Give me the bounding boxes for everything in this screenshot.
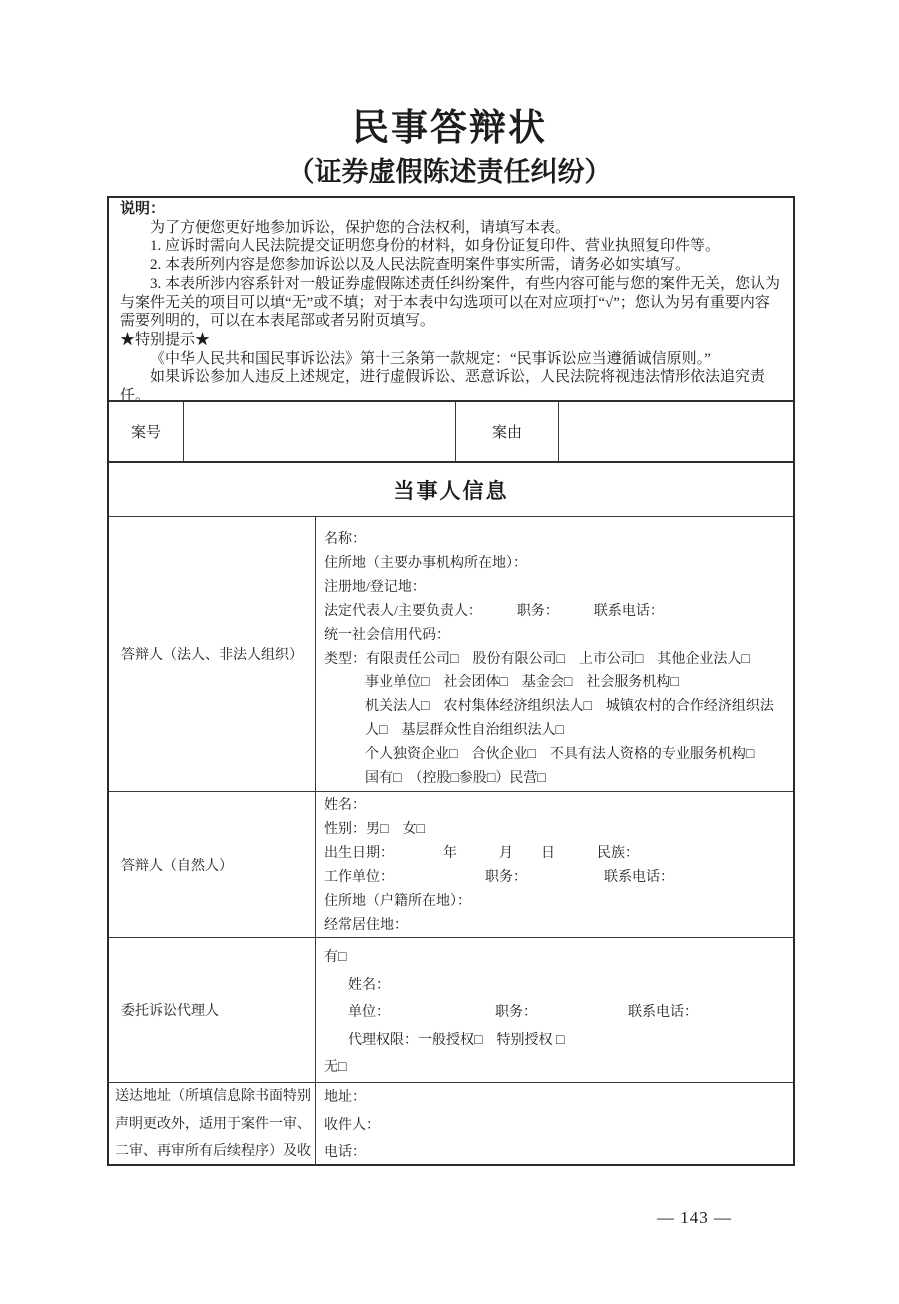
field-line: 收件人：	[324, 1112, 789, 1140]
instruction-paragraph: 1. 应诉时需向人民法院提交证明您身份的材料，如身份证复印件、营业执照复印件等。	[120, 237, 784, 256]
field-line: 电话：	[324, 1139, 789, 1166]
respondent-entity-label: 答辩人（法人、非法人组织）	[109, 517, 315, 791]
field-line: 姓名：	[324, 794, 789, 818]
field-line: 性别：男□ 女□	[324, 818, 789, 842]
page-number: — 143 —	[657, 1208, 732, 1228]
party-info-header: 当事人信息	[109, 461, 793, 516]
field-line: 住所地（户籍所在地）：	[324, 890, 789, 914]
field-line: 统一社会信用代码：	[324, 624, 789, 648]
instructions-heading: 说明：	[120, 200, 784, 219]
delivery-address-label: 送达地址（所填信息除书面特别 声明更改外，适用于案件一审、 二审、再审所有后续程…	[109, 1083, 315, 1166]
special-notice-paragraph: 《中华人民共和国民事诉讼法》第十三条第一款规定：“民事诉讼应当遵循诚信原则。”	[120, 350, 784, 369]
field-line: 事业单位□ 社会团体□ 基金会□ 社会服务机构□	[324, 671, 789, 695]
respondent-person-row: 答辩人（自然人） 姓名： 性别：男□ 女□ 出生日期： 年 月 日 民族： 工作…	[109, 791, 793, 937]
field-line: 代理权限：一般授权□ 特别授权 □	[324, 1027, 789, 1055]
field-line: 单位： 职务： 联系电话：	[324, 999, 789, 1027]
field-line: 经常居住地：	[324, 914, 789, 937]
form-title: 民事答辩状	[0, 97, 899, 151]
instruction-paragraph: 2. 本表所列内容是您参加诉讼以及人民法院查明案件事实所需，请务必如实填写。	[120, 256, 784, 275]
instruction-paragraph: 3. 本表所涉内容系针对一般证券虚假陈述责任纠纷案件，有些内容可能与您的案件无关…	[120, 275, 784, 331]
field-line: 国有□ （控股□参股□）民营□	[324, 767, 789, 791]
respondent-entity-row: 答辩人（法人、非法人组织） 名称： 住所地（主要办事机构所在地）： 注册地/登记…	[109, 516, 793, 791]
instructions-box: 说明： 为了方便您更好地参加诉讼，保护您的合法权利，请填写本表。 1. 应诉时需…	[109, 198, 793, 400]
agent-row: 委托诉讼代理人 有□ 姓名： 单位： 职务： 联系电话： 代理权限：一般授权□ …	[109, 937, 793, 1082]
field-line: 人□ 基层群众性自治组织法人□	[324, 719, 789, 743]
field-line: 姓名：	[324, 972, 789, 1000]
case-number-value-cell	[183, 402, 455, 461]
delivery-address-row: 送达地址（所填信息除书面特别 声明更改外，适用于案件一审、 二审、再审所有后续程…	[109, 1082, 793, 1166]
field-line: 法定代表人/主要负责人： 职务： 联系电话：	[324, 600, 789, 624]
field-line: 注册地/登记地：	[324, 576, 789, 600]
delivery-address-content: 地址： 收件人： 电话：	[315, 1083, 793, 1166]
field-line: 住所地（主要办事机构所在地）：	[324, 552, 789, 576]
field-line: 机关法人□ 农村集体经济组织法人□ 城镇农村的合作经济组织法	[324, 695, 789, 719]
form-table: 说明： 为了方便您更好地参加诉讼，保护您的合法权利，请填写本表。 1. 应诉时需…	[107, 196, 795, 1166]
field-line: 类型：有限责任公司□ 股份有限公司□ 上市公司□ 其他企业法人□	[324, 648, 789, 672]
form-subtitle: （证券虚假陈述责任纠纷）	[0, 150, 899, 189]
field-line: 出生日期： 年 月 日 民族：	[324, 842, 789, 866]
special-notice-paragraph: 如果诉讼参加人违反上述规定，进行虚假诉讼、恶意诉讼，人民法院将视违法情形依法追究…	[120, 368, 784, 400]
case-row: 案号 案由	[109, 400, 793, 461]
cause-value-cell	[558, 402, 793, 461]
case-number-label: 案号	[109, 402, 183, 461]
field-line: 工作单位： 职务： 联系电话：	[324, 866, 789, 890]
field-line: 无□	[324, 1054, 789, 1082]
field-line: 有□	[324, 944, 789, 972]
respondent-person-label: 答辩人（自然人）	[109, 792, 315, 937]
instruction-paragraph: 为了方便您更好地参加诉讼，保护您的合法权利，请填写本表。	[120, 219, 784, 238]
agent-label: 委托诉讼代理人	[109, 938, 315, 1082]
agent-content: 有□ 姓名： 单位： 职务： 联系电话： 代理权限：一般授权□ 特别授权 □ 无…	[315, 938, 793, 1082]
cause-label: 案由	[455, 402, 558, 461]
field-line: 名称：	[324, 528, 789, 552]
field-line: 个人独资企业□ 合伙企业□ 不具有法人资格的专业服务机构□	[324, 743, 789, 767]
respondent-entity-content: 名称： 住所地（主要办事机构所在地）： 注册地/登记地： 法定代表人/主要负责人…	[315, 517, 793, 791]
respondent-person-content: 姓名： 性别：男□ 女□ 出生日期： 年 月 日 民族： 工作单位： 职务： 联…	[315, 792, 793, 937]
special-notice-heading: ★特别提示★	[120, 331, 784, 350]
field-line: 地址：	[324, 1084, 789, 1112]
